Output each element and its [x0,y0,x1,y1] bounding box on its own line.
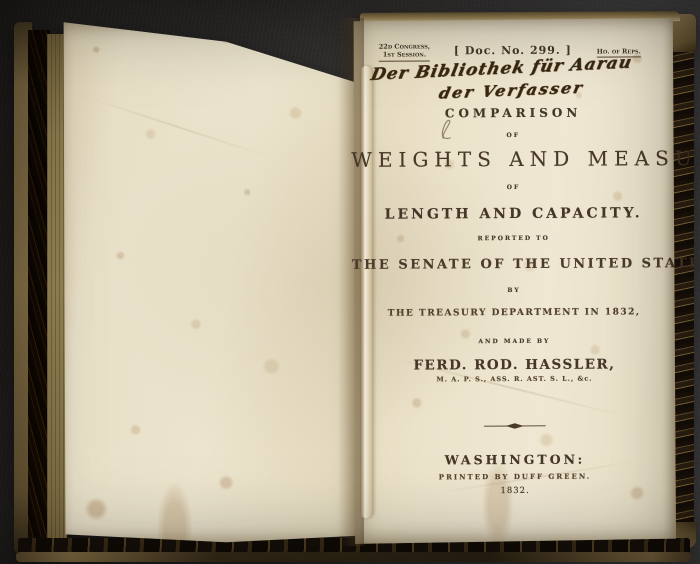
photo-vignette [0,0,700,564]
